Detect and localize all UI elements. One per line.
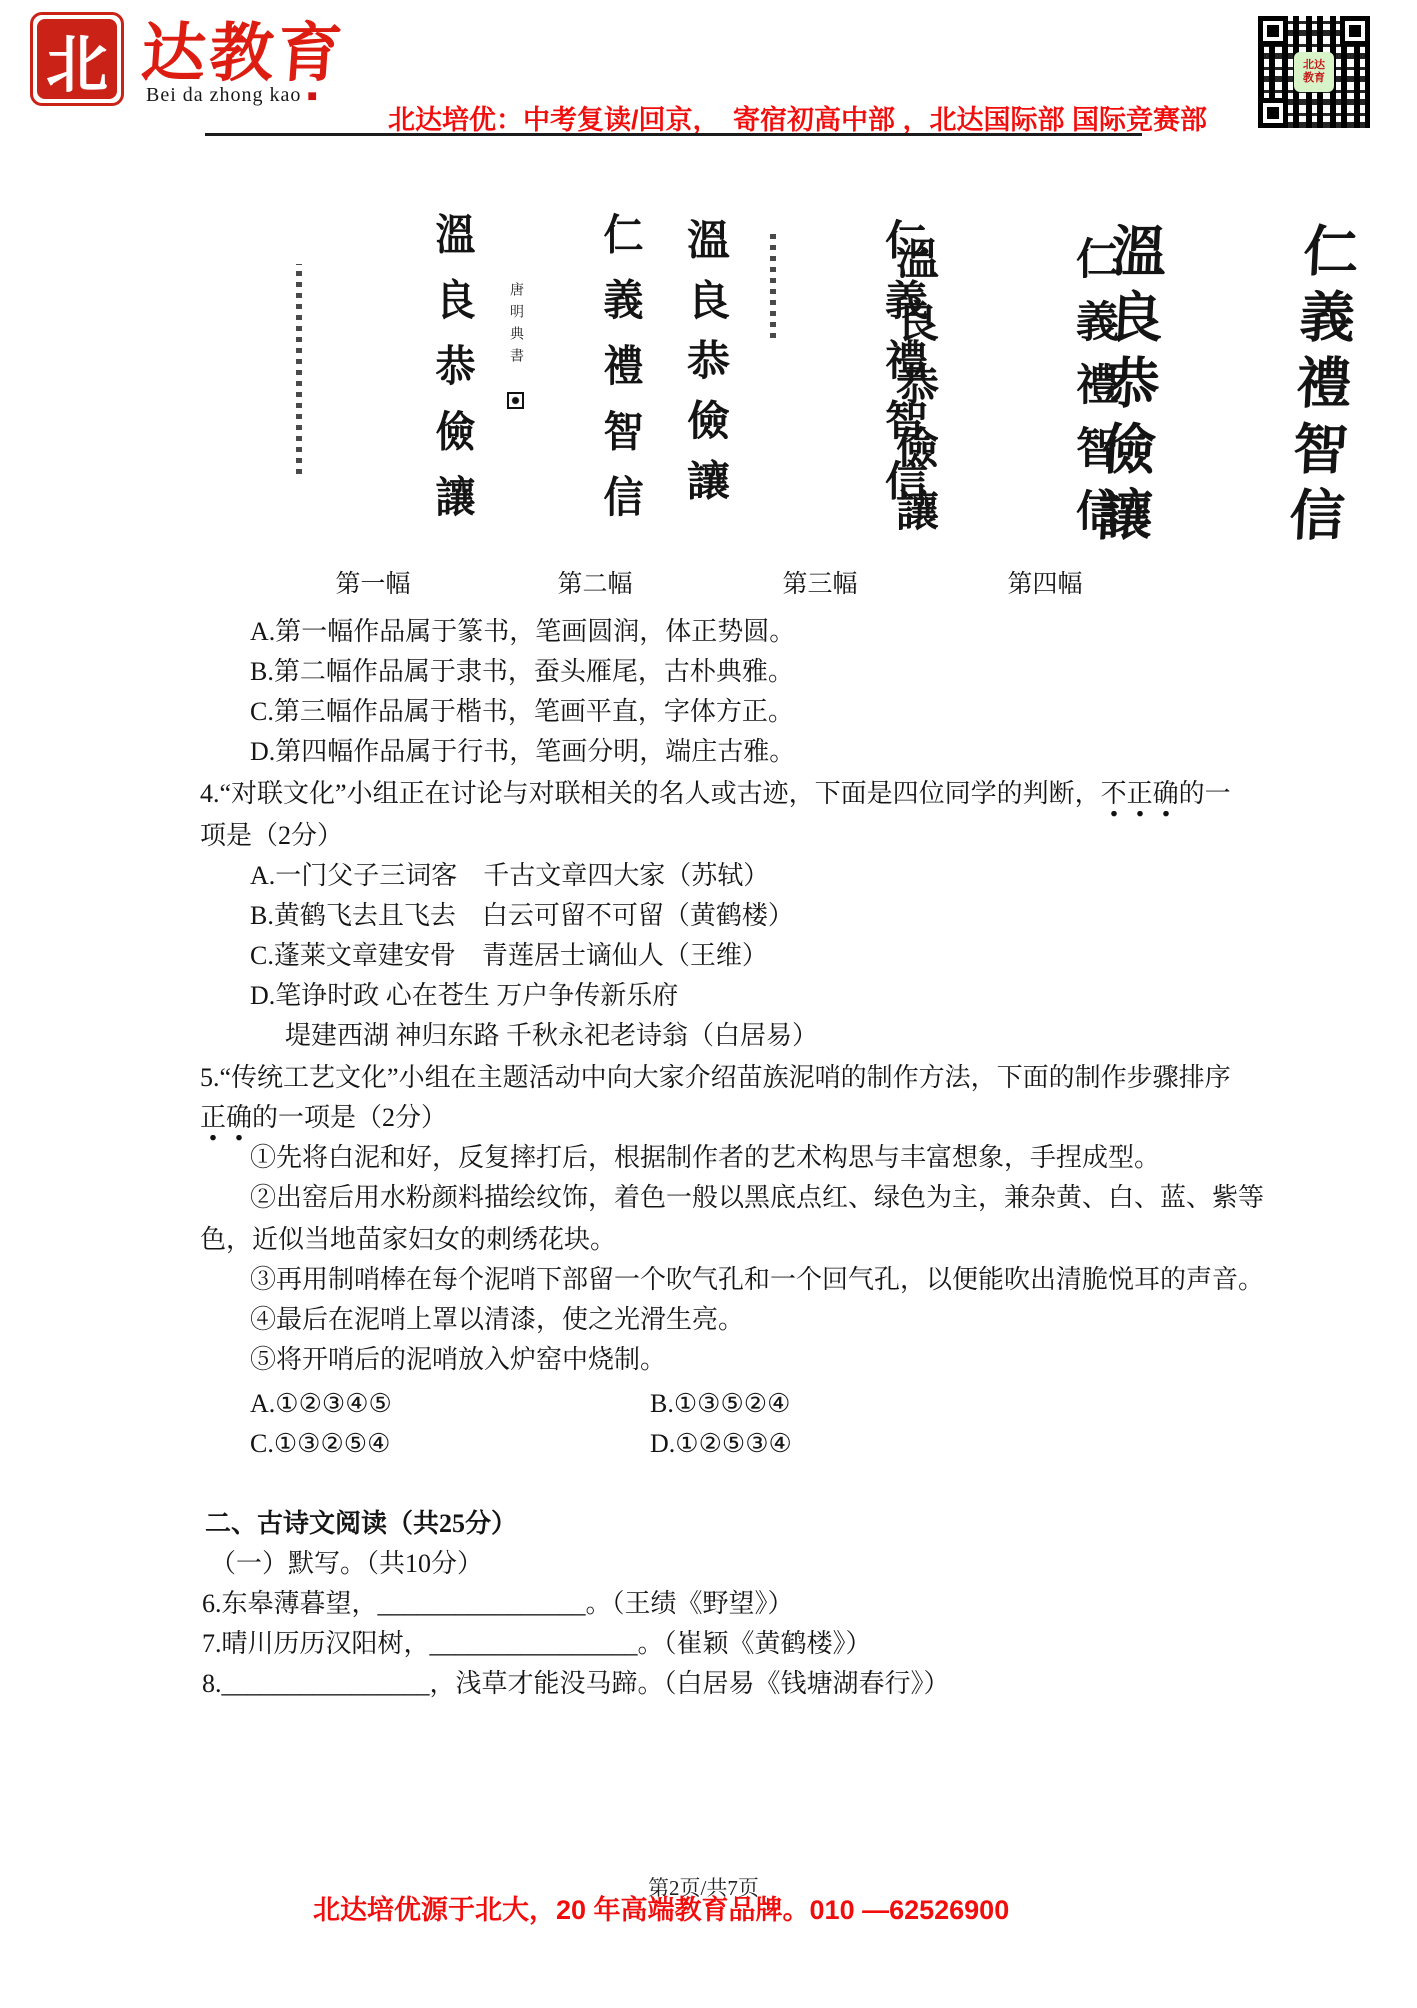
q5-option-d: D.①②⑤③④ [650, 1428, 792, 1461]
q4-stem-emphasis: 不正确 [1101, 779, 1179, 817]
calligraphy-column-left: 溫良恭儉讓 [424, 212, 480, 638]
q5-step-3: ③再用制哨棒在每个泥哨下部留一个吹气孔和一个回气孔，以便能吹出清脆悦耳的声音。 [250, 1264, 1264, 1297]
qr-finder-icon [1340, 16, 1370, 46]
header-divider [205, 133, 1142, 136]
qr-center-label: 北达 教育 [1294, 52, 1334, 92]
q5-step-5: ⑤将开哨后的泥哨放入炉窑中烧制。 [250, 1344, 666, 1377]
q5-stem-emphasis: 正确 [200, 1103, 252, 1141]
logo-stamp-character: 北 [37, 19, 117, 99]
q5-step-2-continued: 色，近似当地苗家妇女的刺绣花块。 [200, 1224, 616, 1257]
figure-caption: 第二幅 [540, 564, 650, 600]
question-8: 8.________________，浅草才能没马蹄。（白居易《钱塘湖春行》） [202, 1668, 950, 1701]
q5-stem-text: 的一项是（2分） [252, 1103, 447, 1132]
q3-option-a: A.第一幅作品属于篆书，笔画圆润，体正势圆。 [250, 616, 795, 649]
q5-stem-line-1: 5.“传统工艺文化”小组在主题活动中向大家介绍苗族泥哨的制作方法，下面的制作步骤… [200, 1062, 1231, 1095]
q4-option-b: B.黄鹤飞去且飞去 白云可留不可留（黄鹤楼） [250, 900, 794, 933]
q3-option-c: C.第三幅作品属于楷书，笔画平直，字体方正。 [250, 696, 794, 729]
q5-step-4: ④最后在泥哨上罩以清漆，使之光滑生亮。 [250, 1304, 744, 1337]
qr-label-line1: 北达 [1303, 59, 1325, 72]
logo-stamp: 北 [30, 12, 124, 106]
q4-option-d: D.笔诤时政 心在苍生 万户争传新乐府 [250, 980, 678, 1013]
q5-stem-line-2: 正确的一项是（2分） [200, 1102, 447, 1135]
exam-page: 北 达教育 Bei da zhong kao ■ 北达培优：中考复读/回京， 寄… [0, 0, 1417, 2008]
q3-option-d: D.第四幅作品属于行书，笔画分明，端庄古雅。 [250, 736, 795, 769]
brand-subtitle-text: Bei da zhong kao [146, 84, 301, 106]
qr-label-line2: 教育 [1303, 72, 1325, 85]
signature-block: 唐明典書 [505, 282, 525, 409]
seal-stamp-icon [507, 392, 524, 409]
calligraphy-column-left: 溫良恭儉讓 [671, 218, 737, 602]
figure-caption: 第四幅 [990, 564, 1100, 600]
q4-stem-line-2: 项是（2分） [200, 820, 343, 853]
q5-option-b: B.①③⑤②④ [650, 1388, 790, 1421]
figure-caption: 第三幅 [765, 564, 875, 600]
calligraphy-column-right: 仁義禮智信 [1272, 222, 1359, 654]
question-7: 7.晴川历历汉阳树，________________。（崔颖《黄鹤楼》） [202, 1628, 872, 1661]
brand-title: 达教育 [139, 2, 349, 94]
q5-step-1: ①先将白泥和好，反复摔打后，根据制作者的艺术构思与丰富想象，手捏成型。 [250, 1142, 1160, 1175]
q5-option-c: C.①③②⑤④ [250, 1428, 390, 1461]
calligraphy-column-left: 溫良恭儉讓 [883, 236, 943, 638]
q5-option-a: A.①②③④⑤ [250, 1388, 392, 1421]
q4-stem-line-1: 4.“对联文化”小组正在讨论与对联相关的名人或古迹，下面是四位同学的判断，不正确… [200, 778, 1231, 811]
q5-step-2: ②出窑后用水粉颜料描绘纹饰，着色一般以黑底点红、绿色为主，兼杂黄、白、蓝、紫等 [250, 1182, 1264, 1215]
qr-code: 北达 教育 [1258, 16, 1370, 128]
q4-option-d-line-2: 堤建西湖 神归东路 千秋永祀老诗翁（白居易） [285, 1020, 818, 1053]
section-2-heading: 二、古诗文阅读（共25分） [205, 1508, 517, 1541]
q3-option-b: B.第二幅作品属于隶书，蚕头雁尾，古朴典雅。 [250, 656, 794, 689]
signature-text: 唐明典書 [505, 282, 525, 370]
q4-option-a: A.一门父子三词客 千古文章四大家（苏轼） [250, 860, 769, 893]
figure-caption: 第一幅 [318, 564, 428, 600]
header-tagline: 北达培优：中考复读/回京， 寄宿初高中部 ，北达国际部 国际竞赛部 [388, 98, 1207, 137]
qr-finder-icon [1258, 16, 1288, 46]
q4-stem-text: 4.“对联文化”小组正在讨论与对联相关的名人或古迹，下面是四位同学的判断， [200, 779, 1101, 808]
brand-subtitle-mark: ■ [307, 88, 318, 105]
signature-marks [296, 264, 302, 474]
question-6: 6.东皋薄暮望，________________。（王绩《野望》） [202, 1588, 794, 1621]
q4-stem-text: 的一 [1179, 779, 1231, 808]
footer-slogan: 北达培优源于北大，20 年高端教育品牌。010 —62526900 [313, 1888, 1009, 1927]
qr-finder-icon [1258, 98, 1288, 128]
brand-subtitle: Bei da zhong kao ■ [146, 84, 318, 107]
section-2-subheading: （一）默写。（共10分） [210, 1548, 483, 1581]
q4-option-c: C.蓬莱文章建安骨 青莲居士谪仙人（王维） [250, 940, 768, 973]
